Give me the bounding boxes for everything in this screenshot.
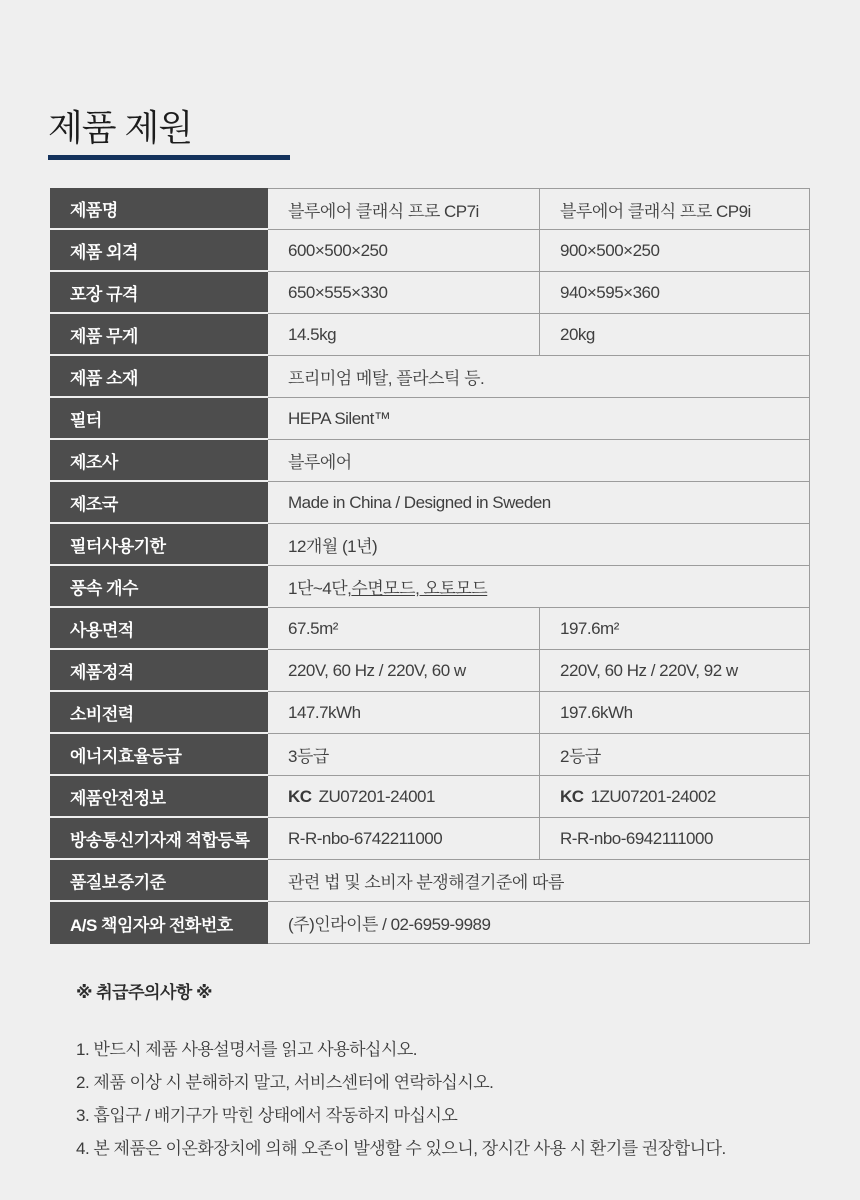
row-value-cp9i: 블루에어 클래식 프로 CP9i bbox=[540, 188, 810, 230]
table-row-weight: 제품 무게 14.5kg 20kg bbox=[50, 314, 810, 356]
row-value-cp9i: 900×500×250 bbox=[540, 230, 810, 272]
table-row-product-dimensions: 제품 외격 600×500×250 900×500×250 bbox=[50, 230, 810, 272]
table-row-safety-certification: 제품안전정보 KC ZU07201-24001 KC 1ZU07201-2400… bbox=[50, 776, 810, 818]
table-row-product-name: 제품명 블루에어 클래식 프로 CP7i 블루에어 클래식 프로 CP9i bbox=[50, 188, 810, 230]
row-value-shared: HEPA Silent™ bbox=[268, 398, 810, 440]
row-label: 방송통신기자재 적합등록 bbox=[50, 818, 268, 860]
product-spec-page: 제품 제원 제품명 블루에어 클래식 프로 CP7i 블루에어 클래식 프로 C… bbox=[0, 0, 860, 1200]
table-row-rated-power: 제품정격 220V, 60 Hz / 220V, 60 w 220V, 60 H… bbox=[50, 650, 810, 692]
spec-table: 제품명 블루에어 클래식 프로 CP7i 블루에어 클래식 프로 CP9i 제품… bbox=[50, 188, 810, 944]
handling-precautions: ※ 취급주의사항 ※ 1. 반드시 제품 사용설명서를 읽고 사용하십시오. 2… bbox=[76, 978, 810, 1165]
precaution-item: 4. 본 제품은 이온화장치에 의해 오존이 발생할 수 있으니, 장시간 사용… bbox=[76, 1132, 810, 1165]
page-title: 제품 제원 bbox=[48, 106, 192, 149]
precaution-item: 3. 흡입구 / 배기구가 막힌 상태에서 작동하지 마십시오 bbox=[76, 1099, 810, 1132]
row-value-cp7i: 14.5kg bbox=[268, 314, 540, 356]
row-label: 제조사 bbox=[50, 440, 268, 482]
table-row-as-contact: A/S 책임자와 전화번호 (주)인라이튼 / 02-6959-9989 bbox=[50, 902, 810, 944]
row-label: 제품안전정보 bbox=[50, 776, 268, 818]
fan-speed-range: 1단~4단, bbox=[288, 574, 351, 599]
table-row-power-consumption: 소비전력 147.7kWh 197.6kWh bbox=[50, 692, 810, 734]
table-row-material: 제품 소재 프리미엄 메탈, 플라스틱 등. bbox=[50, 356, 810, 398]
row-value-shared: 관련 법 및 소비자 분쟁해결기준에 따름 bbox=[268, 860, 810, 902]
precaution-item: 2. 제품 이상 시 분해하지 말고, 서비스센터에 연락하십시오. bbox=[76, 1066, 810, 1099]
row-value-cp7i: 147.7kWh bbox=[268, 692, 540, 734]
precautions-list: 1. 반드시 제품 사용설명서를 읽고 사용하십시오. 2. 제품 이상 시 분… bbox=[76, 1033, 810, 1165]
row-value-shared: 프리미엄 메탈, 플라스틱 등. bbox=[268, 356, 810, 398]
row-value-cp9i: 20kg bbox=[540, 314, 810, 356]
kc-code: 1ZU07201-24002 bbox=[591, 787, 716, 807]
row-label: 사용면적 bbox=[50, 608, 268, 650]
row-value-shared: Made in China / Designed in Sweden bbox=[268, 482, 810, 524]
row-value-cp9i: KC 1ZU07201-24002 bbox=[540, 776, 810, 818]
row-label: 소비전력 bbox=[50, 692, 268, 734]
row-value-cp7i: 67.5m² bbox=[268, 608, 540, 650]
row-label: 포장 규격 bbox=[50, 272, 268, 314]
row-label: 제품명 bbox=[50, 188, 268, 230]
precautions-heading: ※ 취급주의사항 ※ bbox=[76, 978, 810, 1003]
table-row-package-dimensions: 포장 규격 650×555×330 940×595×360 bbox=[50, 272, 810, 314]
row-label: 에너지효율등급 bbox=[50, 734, 268, 776]
row-value-cp9i: R-R-nbo-6942111000 bbox=[540, 818, 810, 860]
row-label: 제품 무게 bbox=[50, 314, 268, 356]
row-value-cp9i: 197.6kWh bbox=[540, 692, 810, 734]
row-value-cp7i: KC ZU07201-24001 bbox=[268, 776, 540, 818]
row-value-shared: 블루에어 bbox=[268, 440, 810, 482]
kc-code: ZU07201-24001 bbox=[319, 787, 435, 807]
row-value-shared: 12개월 (1년) bbox=[268, 524, 810, 566]
row-label: 제품 외격 bbox=[50, 230, 268, 272]
row-value-cp7i: 블루에어 클래식 프로 CP7i bbox=[268, 188, 540, 230]
fan-speed-modes: 수면모드, 오토모드 bbox=[351, 574, 487, 599]
row-value-cp7i: 600×500×250 bbox=[268, 230, 540, 272]
row-value-cp9i: 197.6m² bbox=[540, 608, 810, 650]
row-value-cp9i: 220V, 60 Hz / 220V, 92 w bbox=[540, 650, 810, 692]
row-label: 품질보증기준 bbox=[50, 860, 268, 902]
table-row-country-of-origin: 제조국 Made in China / Designed in Sweden bbox=[50, 482, 810, 524]
row-label: 제조국 bbox=[50, 482, 268, 524]
kc-mark: KC bbox=[288, 787, 312, 807]
row-label: A/S 책임자와 전화번호 bbox=[50, 902, 268, 944]
row-value-cp7i: 650×555×330 bbox=[268, 272, 540, 314]
table-row-warranty-standard: 품질보증기준 관련 법 및 소비자 분쟁해결기준에 따름 bbox=[50, 860, 810, 902]
table-row-filter: 필터 HEPA Silent™ bbox=[50, 398, 810, 440]
row-label: 제품정격 bbox=[50, 650, 268, 692]
table-row-energy-rating: 에너지효율등급 3등급 2등급 bbox=[50, 734, 810, 776]
row-label: 제품 소재 bbox=[50, 356, 268, 398]
kc-mark: KC bbox=[560, 787, 584, 807]
row-value-cp7i: 3등급 bbox=[268, 734, 540, 776]
table-row-filter-life: 필터사용기한 12개월 (1년) bbox=[50, 524, 810, 566]
table-row-radio-equipment-registration: 방송통신기자재 적합등록 R-R-nbo-6742211000 R-R-nbo-… bbox=[50, 818, 810, 860]
row-value-cp9i: 940×595×360 bbox=[540, 272, 810, 314]
title-underline bbox=[48, 155, 290, 160]
table-row-fan-speeds: 풍속 개수 1단~4단, 수면모드, 오토모드 bbox=[50, 566, 810, 608]
table-row-coverage-area: 사용면적 67.5m² 197.6m² bbox=[50, 608, 810, 650]
row-value-cp9i: 2등급 bbox=[540, 734, 810, 776]
row-value-shared: 1단~4단, 수면모드, 오토모드 bbox=[268, 566, 810, 608]
row-value-cp7i: R-R-nbo-6742211000 bbox=[268, 818, 540, 860]
row-label: 필터사용기한 bbox=[50, 524, 268, 566]
row-value-cp7i: 220V, 60 Hz / 220V, 60 w bbox=[268, 650, 540, 692]
row-value-shared: (주)인라이튼 / 02-6959-9989 bbox=[268, 902, 810, 944]
precaution-item: 1. 반드시 제품 사용설명서를 읽고 사용하십시오. bbox=[76, 1033, 810, 1066]
row-label: 풍속 개수 bbox=[50, 566, 268, 608]
row-label: 필터 bbox=[50, 398, 268, 440]
table-row-manufacturer: 제조사 블루에어 bbox=[50, 440, 810, 482]
